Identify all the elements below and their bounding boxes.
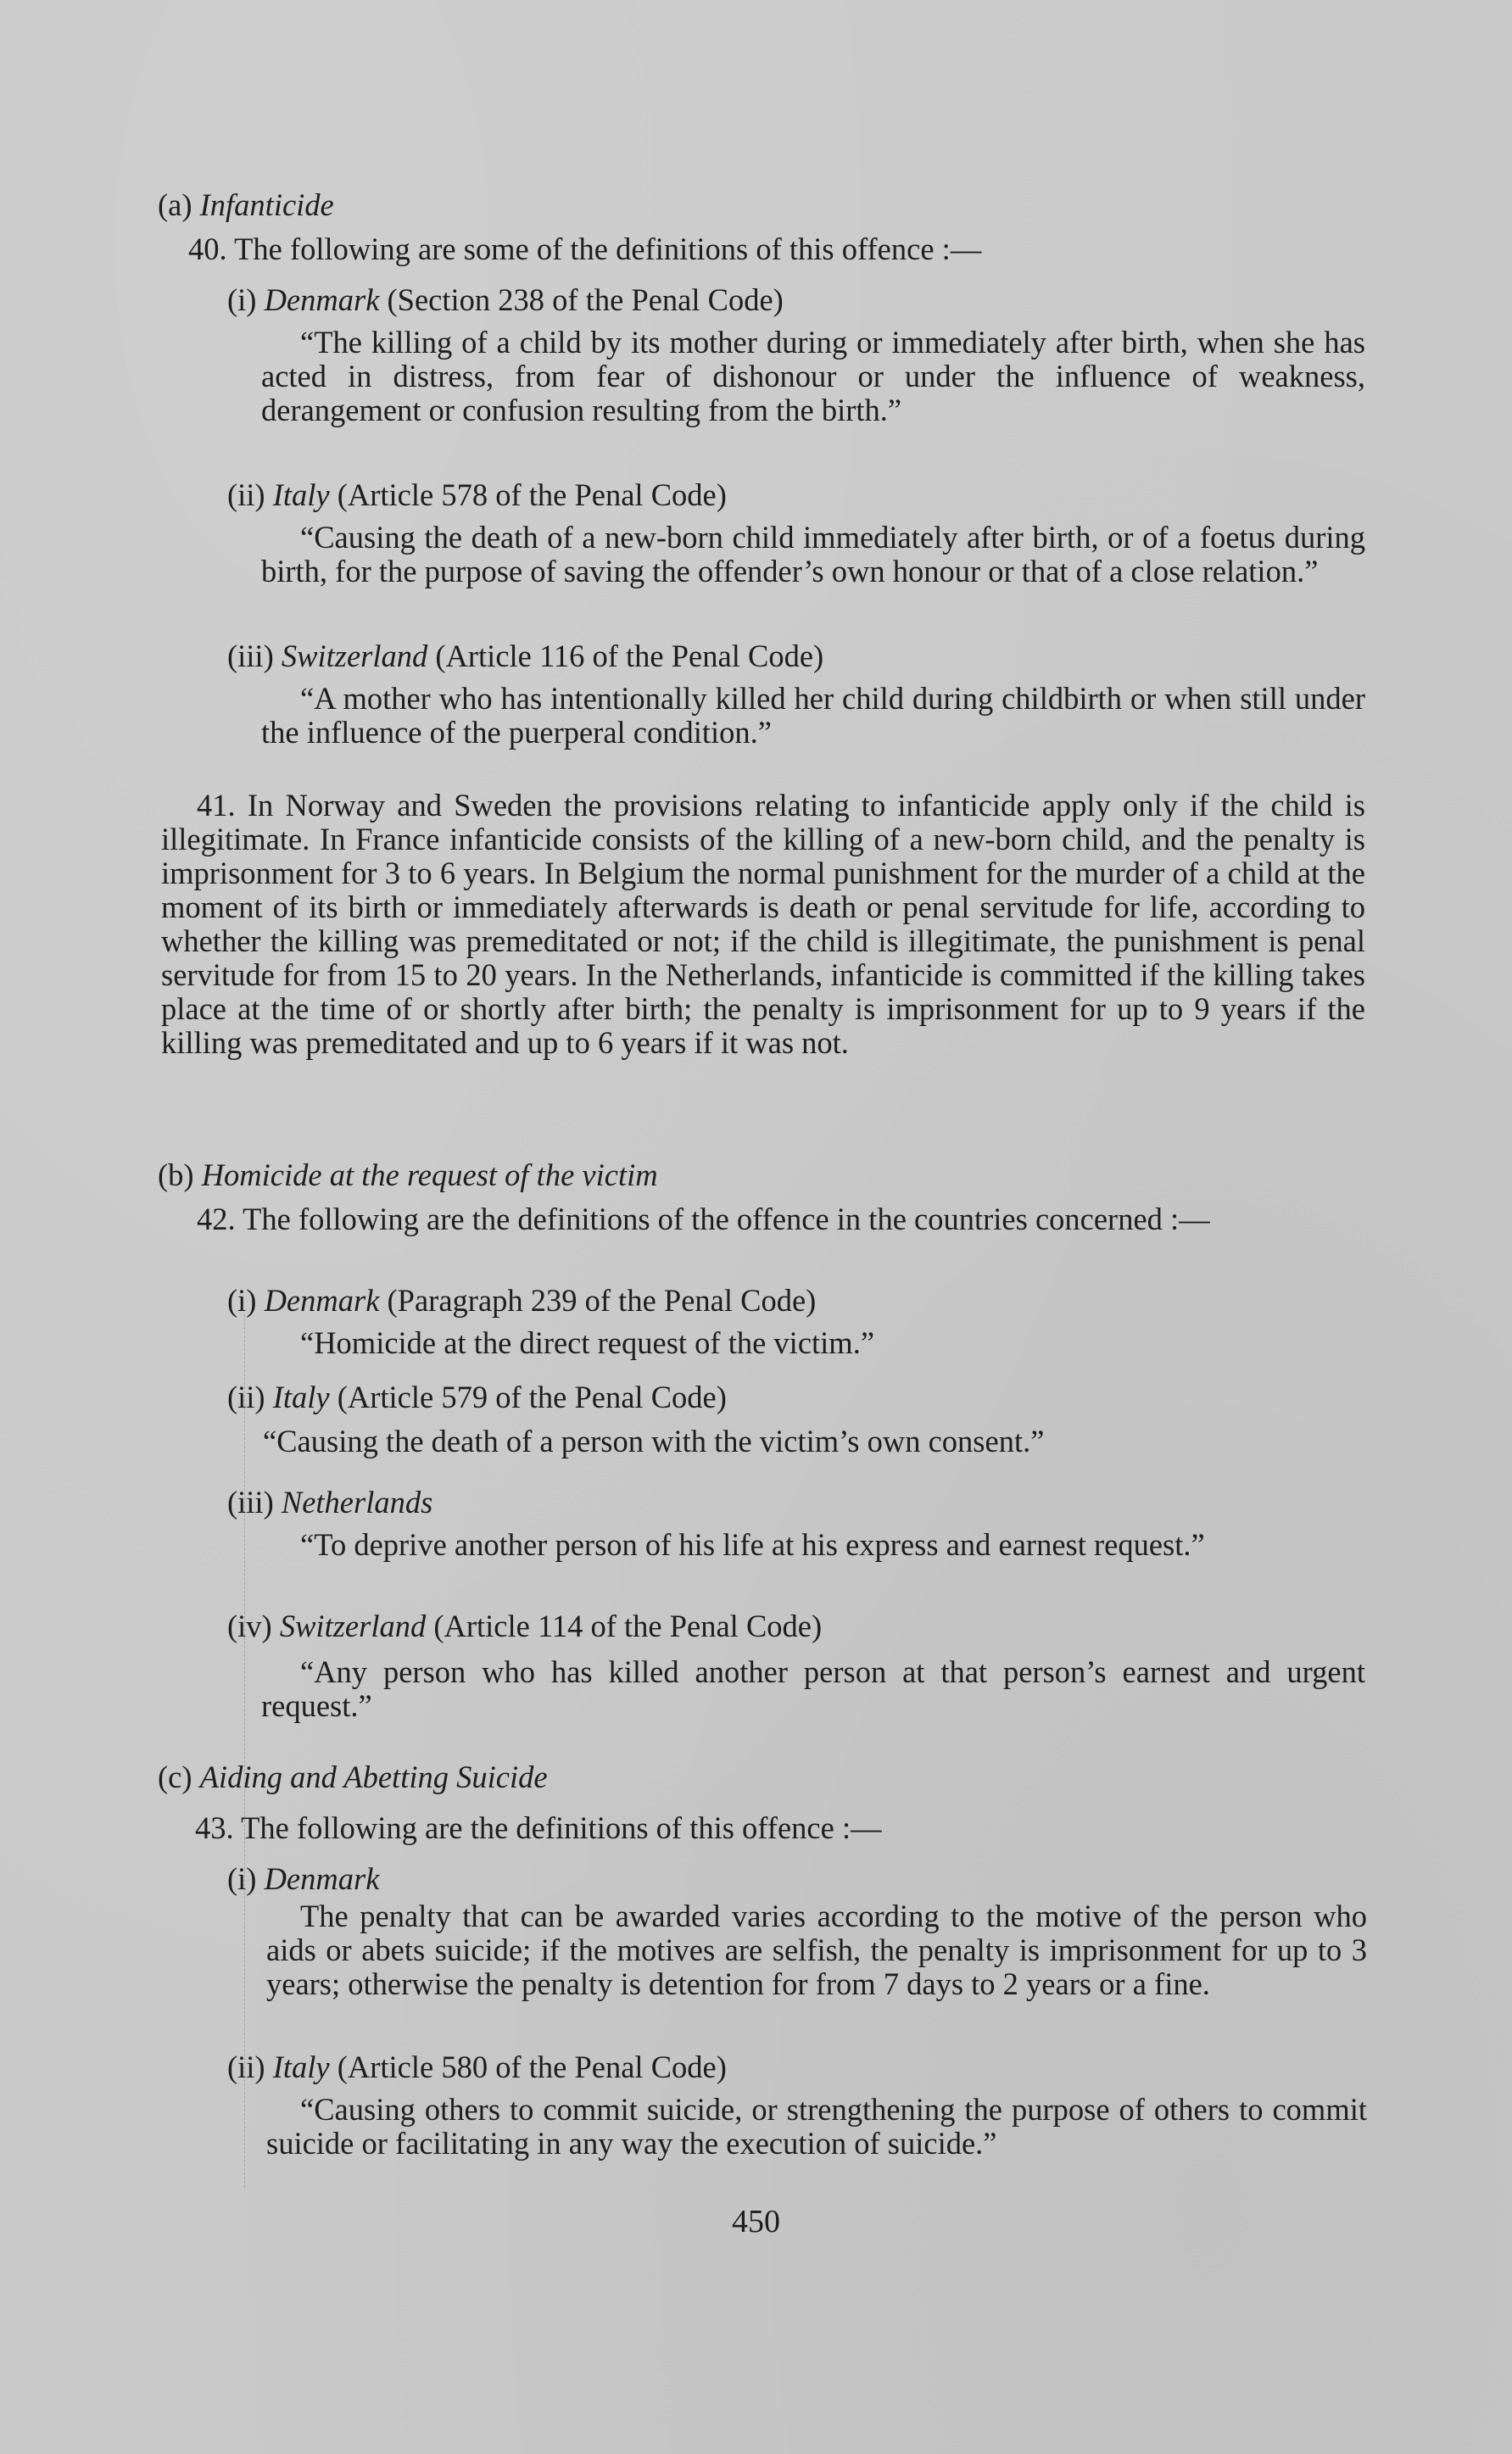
item-netherlands-heading: (iii) Netherlands (227, 1486, 432, 1520)
section-label: (a) (158, 187, 192, 222)
section-label: (b) (158, 1157, 194, 1192)
paragraph-41: 41. In Norway and Sweden the provisions … (161, 789, 1365, 1060)
item-denmark-heading: (i) Denmark (Section 238 of the Penal Co… (227, 283, 784, 317)
paragraph-43: 43. The following are the definitions of… (195, 1811, 882, 1845)
item-denmark-quote: “Homicide at the direct request of the v… (261, 1326, 1365, 1360)
paragraph-42: 42. The following are the definitions of… (161, 1202, 1365, 1236)
paragraph-40: 40. The following are some of the defini… (188, 232, 981, 266)
section-b-heading: (b) Homicide at the request of the victi… (158, 1158, 658, 1192)
item-denmark-heading: (i) Denmark (Paragraph 239 of the Penal … (227, 1284, 816, 1318)
item-italy-heading: (ii) Italy (Article 580 of the Penal Cod… (227, 2050, 727, 2084)
section-c-heading: (c) Aiding and Abetting Suicide (158, 1760, 548, 1794)
item-switzerland-heading: (iii) Switzerland (Article 116 of the Pe… (227, 639, 823, 673)
section-label: (c) (158, 1760, 192, 1794)
item-switzerland-quote: “A mother who has intentionally killed h… (261, 682, 1365, 750)
item-denmark-text: The penalty that can be awarded varies a… (266, 1899, 1367, 2001)
section-title: Infanticide (200, 187, 334, 222)
item-switzerland-heading: (iv) Switzerland (Article 114 of the Pen… (227, 1609, 822, 1643)
item-netherlands-quote: “To deprive another person of his life a… (261, 1528, 1365, 1562)
section-title: Homicide at the request of the victim (202, 1157, 658, 1192)
section-title: Aiding and Abetting Suicide (200, 1760, 548, 1794)
item-denmark-heading: (i) Denmark (227, 1862, 379, 1896)
item-switzerland-quote: “Any person who has killed another perso… (261, 1655, 1365, 1723)
item-italy-quote: “Causing the death of a new-born child i… (261, 521, 1365, 588)
item-italy-heading: (ii) Italy (Article 578 of the Penal Cod… (227, 478, 727, 512)
item-italy-heading: (ii) Italy (Article 579 of the Penal Cod… (227, 1380, 727, 1414)
item-italy-quote: “Causing others to commit suicide, or st… (266, 2093, 1367, 2161)
section-a-heading: (a) Infanticide (158, 188, 334, 222)
document-page: (a) Infanticide 40. The following are so… (0, 0, 1512, 2454)
page-number: 450 (0, 2203, 1512, 2240)
item-italy-quote: “Causing the death of a person with the … (263, 1425, 1367, 1458)
item-denmark-quote: “The killing of a child by its mother du… (261, 326, 1365, 427)
